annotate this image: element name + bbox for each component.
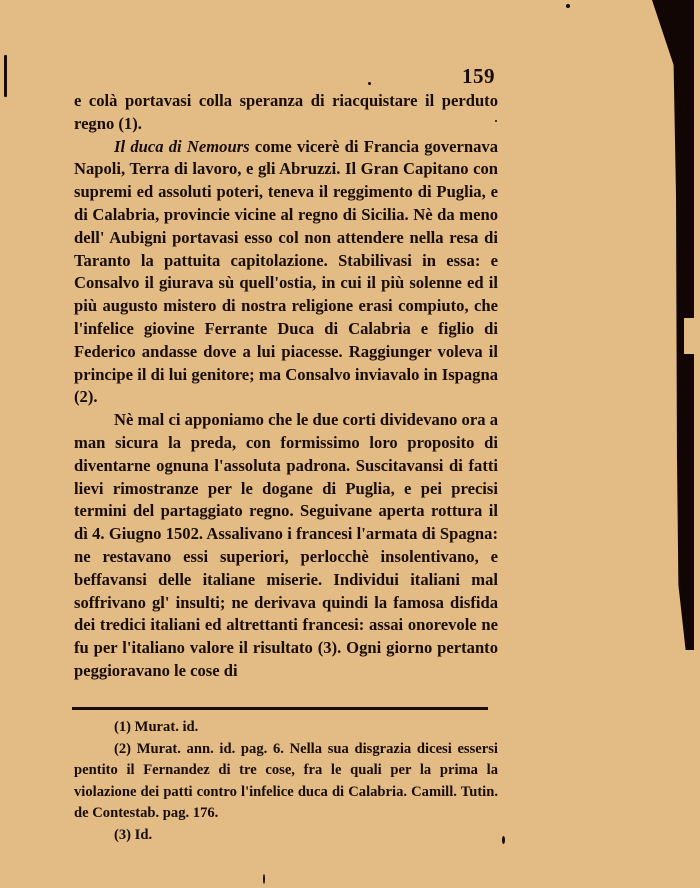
- footnote-2: (2) Murat. ann. id. pag. 6. Nella sua di…: [74, 739, 498, 825]
- paragraph-3: Nè mal ci apponiamo che le due corti div…: [74, 409, 498, 683]
- scanned-book-page: 159 e colà portavasi colla speranza di r…: [0, 0, 700, 888]
- paragraph-1: e colà portavasi colla speranza di riacq…: [74, 90, 498, 136]
- ink-speck: [368, 82, 371, 85]
- ink-speck: [263, 874, 265, 884]
- scan-edge-strip: [694, 0, 700, 888]
- scan-left-mark: [4, 55, 7, 97]
- ink-speck: [566, 4, 570, 8]
- footnotes: (1) Murat. id. (2) Murat. ann. id. pag. …: [74, 717, 498, 847]
- paragraph-2: Il duca di Nemours come vicerè di Franci…: [74, 136, 498, 410]
- italic-phrase: Il duca di Nemours: [114, 137, 250, 156]
- scan-edge-notch: [684, 318, 698, 354]
- footnote-3: (3) Id.: [74, 825, 498, 847]
- paragraph-2-text: come vicerè di Francia governava Napoli,…: [74, 137, 498, 407]
- footnote-divider: [72, 707, 488, 710]
- body-text: e colà portavasi colla speranza di riacq…: [74, 90, 498, 683]
- footnote-1: (1) Murat. id.: [74, 717, 498, 739]
- page-number: 159: [462, 64, 495, 89]
- ink-speck: [502, 836, 505, 844]
